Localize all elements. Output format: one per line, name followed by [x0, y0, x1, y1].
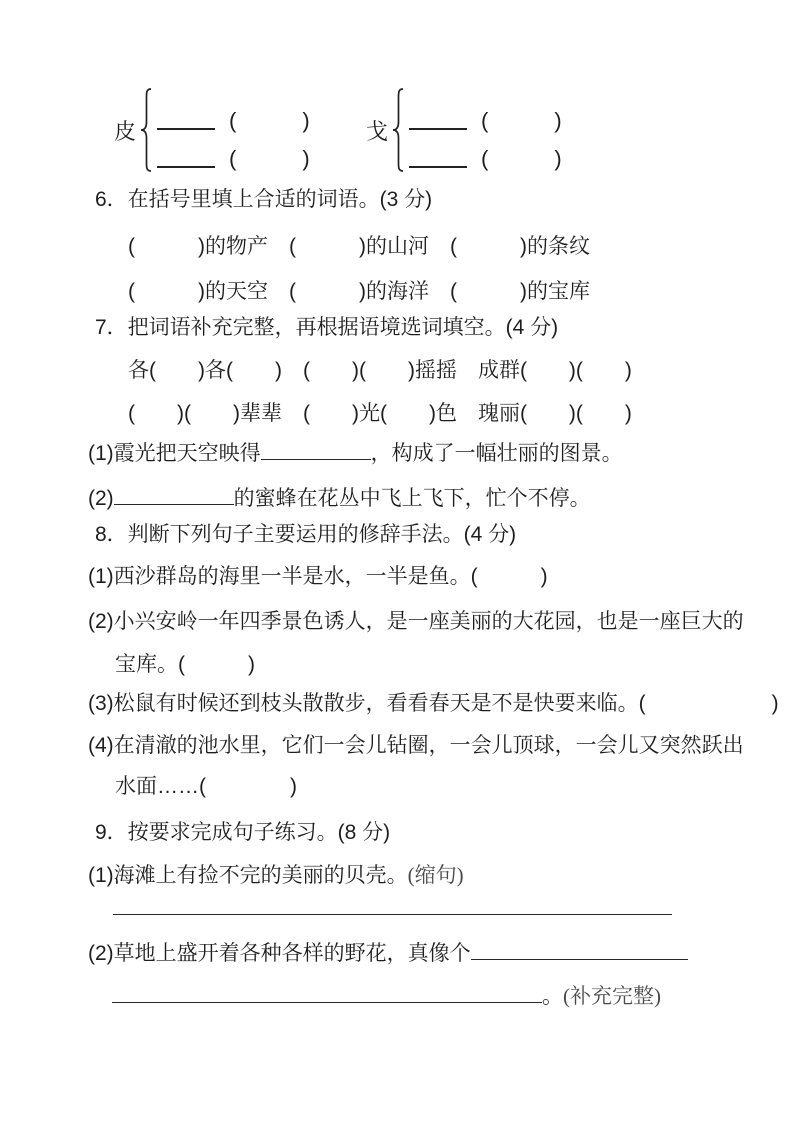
formation-slots: ( ) ( ) — [409, 92, 562, 168]
q7-fill-1-after: ，构成了一幅壮丽的图景。 — [371, 442, 623, 465]
formation-slot: ( ) — [409, 130, 562, 168]
q9-item-1-text: (1)海滩上有捡不完的美丽的贝壳。 — [88, 864, 408, 887]
q9-item-2-continuation: 。(补充完整) — [112, 982, 661, 1011]
q8-item-1: (1)西沙群岛的海里一半是水，一半是鱼。( ) — [88, 563, 548, 591]
word-parens: ( ) — [229, 147, 310, 171]
answer-blank — [114, 500, 234, 505]
base-character: 皮 — [114, 115, 136, 146]
word-parens: ( ) — [229, 109, 310, 133]
formation-group-ge: 戈 ( ) ( ) — [366, 88, 562, 172]
q7-fill-1-before: (1)霞光把天空映得 — [88, 442, 261, 465]
question-7-title: 7．把词语补充完整，再根据语境选词填空。(4 分) — [95, 314, 558, 342]
q9-final-note: (补充完整) — [563, 984, 661, 1008]
q8-item-4-line-2: 水面……( ) — [115, 773, 297, 801]
q7-fill-2: (2)的蜜蜂在花丛中飞上飞下，忙个不停。 — [88, 485, 591, 513]
q7-fill-1: (1)霞光把天空映得，构成了一幅壮丽的图景。 — [88, 440, 623, 468]
brace-icon — [139, 88, 153, 172]
answer-line — [113, 894, 672, 915]
q9-item-2-before: (2)草地上盛开着各种各样的野花，真像个 — [88, 942, 471, 965]
q6-row-1: ( )的物产 ( )的山河 ( )的条纹 — [128, 233, 590, 261]
q8-item-3: (3)松鼠有时候还到枝头散散步，看看春天是不是快要来临。( ) — [88, 690, 779, 718]
q7-fill-2-after: 的蜜蜂在花丛中飞上飞下，忙个不停。 — [234, 487, 591, 510]
question-9-title: 9．按要求完成句子练习。(8 分) — [95, 819, 390, 847]
answer-blank — [157, 100, 215, 130]
question-6-title: 6．在括号里填上合适的词语。(3 分) — [95, 186, 432, 214]
q8-item-2-line-2: 宝库。( ) — [115, 651, 255, 679]
formation-slot: ( ) — [157, 92, 310, 130]
q7-row-2: ( )( )辈辈 ( )光( )色 瑰丽( )( ) — [128, 400, 632, 428]
q6-row-2: ( )的天空 ( )的海洋 ( )的宝库 — [128, 278, 590, 306]
answer-blank — [157, 138, 215, 168]
word-parens: ( ) — [481, 109, 562, 133]
q9-final-punct: 。 — [542, 985, 563, 1008]
brace-icon — [391, 88, 405, 172]
q9-item-1-note: (缩句) — [408, 863, 464, 887]
answer-blank — [112, 998, 542, 1003]
formation-slot: ( ) — [409, 92, 562, 130]
q7-fill-2-before: (2) — [88, 487, 114, 510]
word-parens: ( ) — [481, 147, 562, 171]
q9-item-2: (2)草地上盛开着各种各样的野花，真像个 — [88, 940, 688, 968]
worksheet-page: 皮 ( ) ( ) 戈 ( ) — [0, 0, 793, 1122]
formation-group-pi: 皮 ( ) ( ) — [114, 88, 310, 172]
question-8-title: 8．判断下列句子主要运用的修辞手法。(4 分) — [95, 521, 516, 549]
base-character: 戈 — [366, 115, 388, 146]
q8-item-4-line-1: (4)在清澈的池水里，它们一会儿钻圈，一会儿顶球，一会儿又突然跃出 — [88, 732, 744, 760]
q9-item-1: (1)海滩上有捡不完的美丽的贝壳。(缩句) — [88, 861, 464, 890]
answer-blank — [471, 955, 688, 960]
q8-item-2-line-1: (2)小兴安岭一年四季景色诱人，是一座美丽的大花园，也是一座巨大的 — [88, 608, 744, 636]
q7-row-1: 各( )各( ) ( )( )摇摇 成群( )( ) — [128, 357, 632, 385]
answer-blank — [261, 455, 371, 460]
formation-slots: ( ) ( ) — [157, 92, 310, 168]
formation-slot: ( ) — [157, 130, 310, 168]
answer-blank — [409, 138, 467, 168]
answer-blank — [409, 100, 467, 130]
